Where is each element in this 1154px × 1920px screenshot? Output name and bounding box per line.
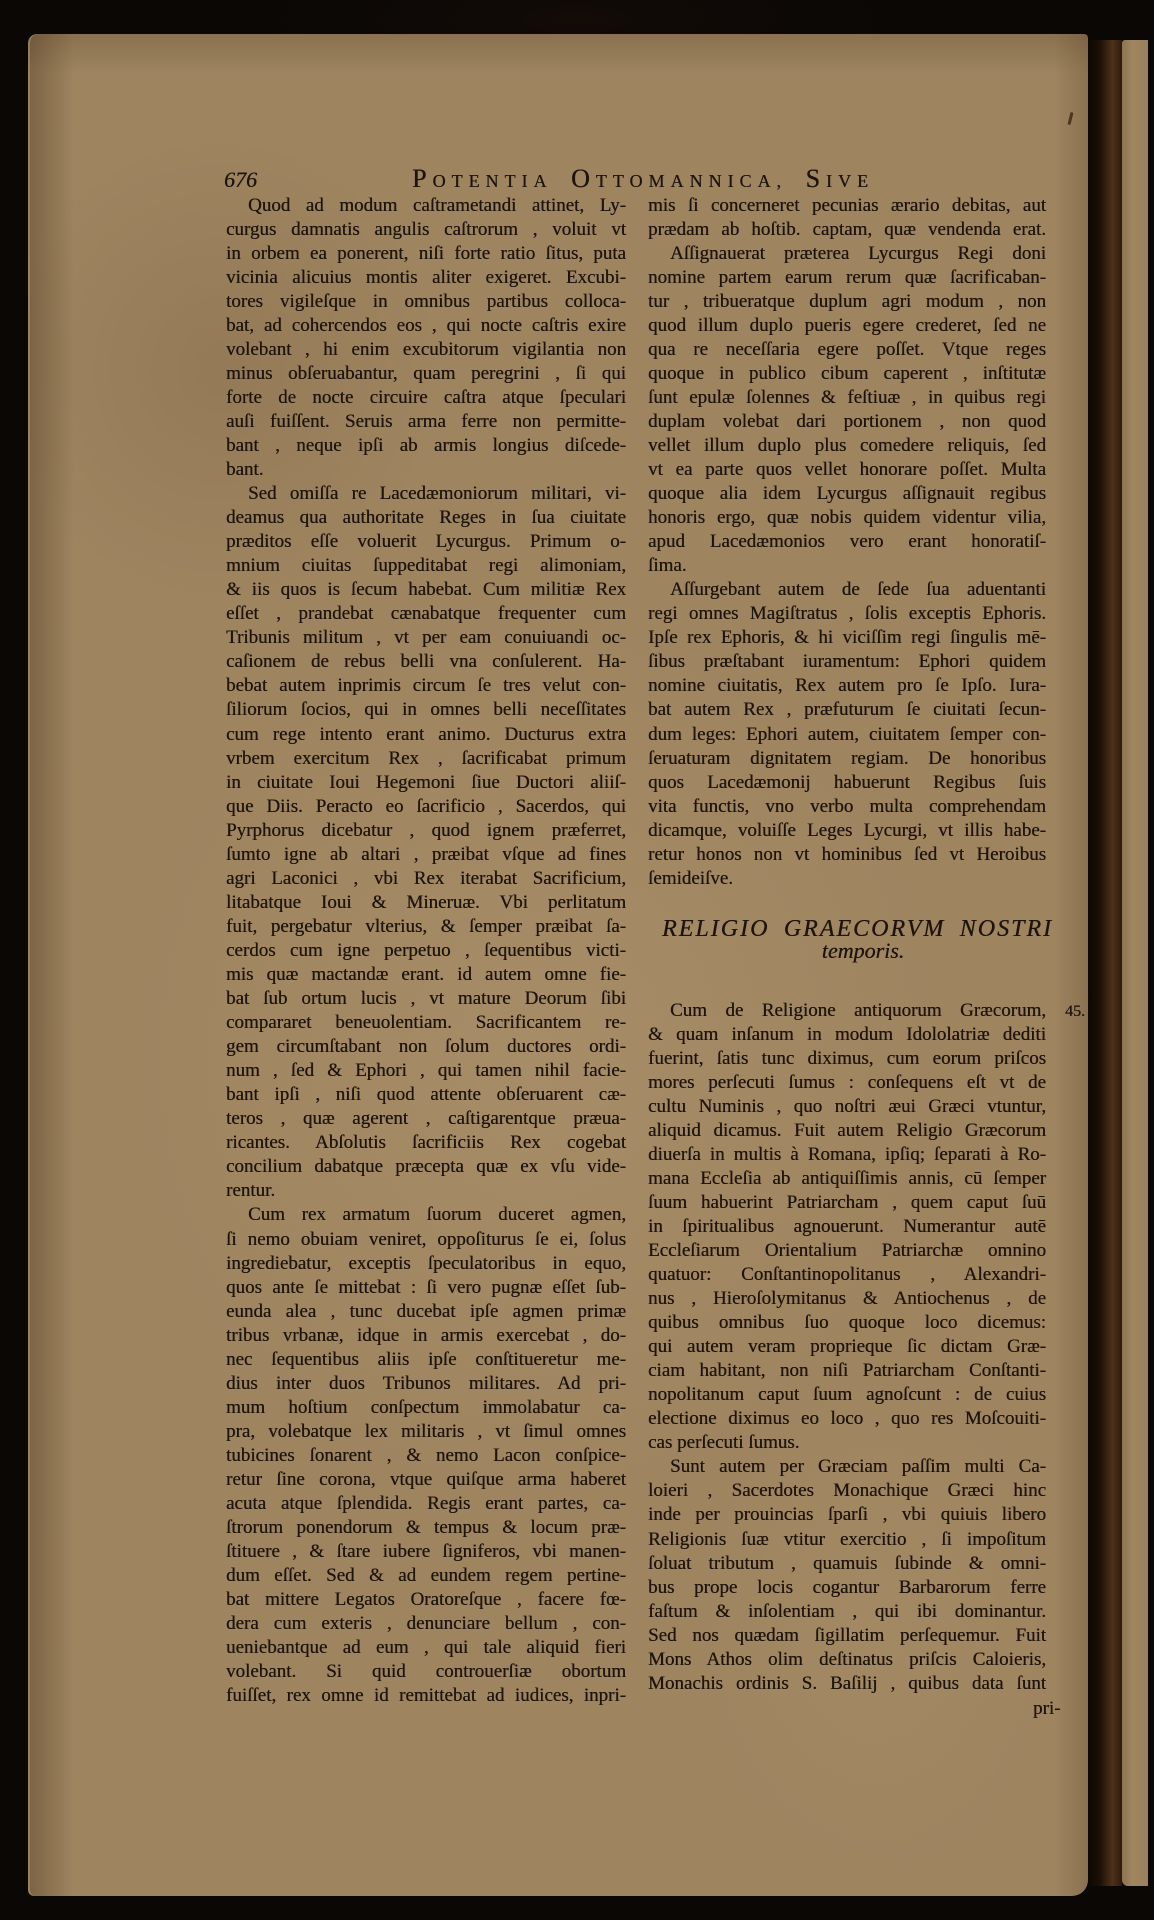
text-line: qua re neceſſaria egere poſſet. Vtque re… (648, 338, 1046, 362)
text-line: que Diis. Peracto eo ſacrificio , Sacerd… (226, 795, 626, 819)
facing-page-edge (1122, 40, 1148, 1886)
text-line: in ciuitate Ioui Hegemoni ſiue Ductori a… (226, 771, 626, 795)
text-line: Ipſe rex Ephoris, & hi viciſſim regi ſin… (648, 626, 1046, 650)
text-line: bant ipſi , niſi quod attente obſeruaren… (226, 1083, 626, 1107)
running-head-word: OTTOMANNICA, (571, 164, 787, 196)
text-line: electione diximus eo loco , quo res Moſc… (648, 1407, 1046, 1431)
text-line: Sed nos quædam ſigillatim perſequemur. F… (648, 1624, 1046, 1648)
text-line: quod illum duplo pueris egere crederet, … (648, 314, 1046, 338)
text-line: caſionem de rebus belli vna conſulerent.… (226, 650, 626, 674)
text-line: rentur. (226, 1179, 626, 1203)
text-line: quos Lacedæmonij habuerunt Regibus ſuis (648, 771, 1046, 795)
text-line: tribus vrbanæ, idque in armis exercebat … (226, 1324, 626, 1348)
text-line: bus prope locis cogantur Barbarorum ferr… (648, 1576, 1046, 1600)
text-line: regi omnes Magiſtratus , ſolis exceptis … (648, 602, 1046, 626)
text-line: qui autem veram proprieque ſic dictam Gr… (648, 1335, 1046, 1359)
text-line: quibus omnibus ſuo quoque loco dicemus: (648, 1311, 1046, 1335)
text-line: præditos eſſe voluerit Lycurgus. Primum … (226, 530, 626, 554)
text-line: mana Eccleſia ab antiquiſſimis annis, cū… (648, 1167, 1046, 1191)
text-line: tores vigileſque in omnibus partibus col… (226, 290, 626, 314)
text-line: mis quæ mactandæ erant. id autem omne fi… (226, 963, 626, 987)
paragraph: Sed omiſſa re Lacedæmoniorum militari, v… (226, 482, 626, 1203)
text-line: Aſſignauerat præterea Lycurgus Regi doni (648, 242, 1046, 266)
text-line: ſuum habuerint Patriarcham , quem caput … (648, 1191, 1046, 1215)
text-line: eunda alea , tunc ducebat ipſe agmen pri… (226, 1300, 626, 1324)
text-line: litabatque Ioui & Mineruæ. Vbi perlitatu… (226, 891, 626, 915)
text-line: ingrediebatur, exceptis ſpeculatoribus i… (226, 1252, 626, 1276)
text-line: ſemideiſve. (648, 867, 1046, 891)
catchword: pri- (1033, 1697, 1060, 1721)
running-head: POTENTIA OTTOMANNICA, SIVE (412, 164, 874, 194)
text-line: loieri , Sacerdotes Monachique Græci hin… (648, 1479, 1046, 1503)
text-line: bant. (226, 458, 626, 482)
text-line: curgus damnatis angulis caſtrorum , volu… (226, 218, 626, 242)
text-line: honoris ergo, quæ nobis quidem videntur … (648, 506, 1046, 530)
right-column-lower: Cum de Religione antiquorum Græcorum, & … (648, 999, 1046, 1696)
text-line: eſſet , prandebat cænabatque frequenter … (226, 602, 626, 626)
text-line: gem circumſtabant non ſolum ductores ord… (226, 1035, 626, 1059)
running-head-word: POTENTIA (412, 164, 552, 196)
text-line: vicinia alicuius montis aliter exigeret.… (226, 266, 626, 290)
text-line: vita functis, vno verbo multa comprehend… (648, 795, 1046, 819)
paragraph: Quod ad modum caſtrametandi attinet, Ly-… (226, 194, 626, 483)
text-line: quoque alia idem Lycurgus aſſignauit reg… (648, 482, 1046, 506)
text-line: retur honos non vt hominibus ſed vt Hero… (648, 843, 1046, 867)
text-line: vellet illum duplo plus comedere reliqui… (648, 434, 1046, 458)
paragraph: Aſſurgebant autem de ſede ſua aduentanti… (648, 578, 1046, 891)
text-line: dera cum exteris , denunciare bellum , c… (226, 1612, 626, 1636)
text-line: quoque in publico cibum caperent , inſti… (648, 362, 1046, 386)
text-line: ricantes. Abſolutis ſacrificiis Rex coge… (226, 1131, 626, 1155)
text-line: ſtituere , & ſtare iubere ſigniferos, vb… (226, 1540, 626, 1564)
text-line: diuerſa in multis à Romana, ipſiq; ſepar… (648, 1143, 1046, 1167)
text-line: retur ſine corona, vtque quiſque arma ha… (226, 1468, 626, 1492)
text-line: nopolitanum caput ſuum agnoſcunt : de cu… (648, 1383, 1046, 1407)
text-line: Eccleſiarum Orientalium Patriarchæ omnin… (648, 1239, 1046, 1263)
text-line: ſtrorum ponendorum & tempus & locum præ- (226, 1516, 626, 1540)
text-line: ſima. (648, 554, 1046, 578)
text-line: cerdos cum igne perpetuo , ſequentibus v… (226, 939, 626, 963)
text-line: bat mittere Legatos Oratoreſque , facere… (226, 1588, 626, 1612)
text-line: Sunt autem per Græciam paſſim multi Ca- (648, 1455, 1046, 1479)
text-line: vrbem exercitum Rex , ſacrificabat primu… (226, 747, 626, 771)
text-line: ciam habitant, non niſi Patriarcham Conſ… (648, 1359, 1046, 1383)
text-line: cultu Numinis , quo noſtri æui Græci vtu… (648, 1095, 1046, 1119)
text-line: quos ante ſe mittebat : ſi vero pugnæ eſ… (226, 1276, 626, 1300)
marginal-note: 45. (1065, 1002, 1085, 1022)
text-line: inde per prouincias ſparſi , vbi quiuis … (648, 1503, 1046, 1527)
left-column: Quod ad modum caſtrametandi attinet, Ly-… (226, 194, 626, 1709)
text-line: nec ſequentibus aliis ipſe conſtitueretu… (226, 1348, 626, 1372)
text-line: ſibus præſtabant iuramentum: Ephori quid… (648, 650, 1046, 674)
text-line: cas perſecuti ſumus. (648, 1431, 1046, 1455)
paragraph: Aſſignauerat præterea Lycurgus Regi doni… (648, 242, 1046, 579)
text-line: acuta atque ſplendida. Regis erant parte… (226, 1492, 626, 1516)
text-line: ſiliorum ſocios, qui in omnes belli nece… (226, 698, 626, 722)
text-line: volebant , hi enim excubitorum vigilanti… (226, 338, 626, 362)
text-line: nus , Hieroſolymitanus & Antiochenus , d… (648, 1287, 1046, 1311)
text-line: forte de nocte circuire caſtra atque ſpe… (226, 386, 626, 410)
text-line: ſoluat tributum , quamuis ſubinde & omni… (648, 1552, 1046, 1576)
text-line: bat autem Rex , præfuturum ſe ciuitati ſ… (648, 698, 1046, 722)
text-line: ſeruaturam dignitatem regiam. De honorib… (648, 747, 1046, 771)
text-line: auſi fuiſſent. Seruis arma ferre non per… (226, 410, 626, 434)
text-line: fuit, pergebatur vlterius, & ſemper præi… (226, 915, 626, 939)
text-line: agri Laconici , vbi Rex iterabat Sacrifi… (226, 867, 626, 891)
text-line: vt ea parte quos vellet honorare poſſet.… (648, 458, 1046, 482)
text-line: Mons Athos olim deſtinatus priſcis Caloi… (648, 1648, 1046, 1672)
text-line: mnium ciuitas ſuppeditabat regi alimonia… (226, 554, 626, 578)
text-line: Cum de Religione antiquorum Græcorum, (648, 999, 1046, 1023)
text-line: Quod ad modum caſtrametandi attinet, Ly- (226, 194, 626, 218)
right-column-upper: mis ſi concerneret pecunias ærario debit… (648, 194, 1046, 891)
text-line: deamus qua authoritate Reges in ſua ciui… (226, 506, 626, 530)
text-line: teros , quæ agerent , caſtigarentque præ… (226, 1107, 626, 1131)
page-number: 676 (224, 167, 257, 193)
text-line: aliquid dicamus. Fuit autem Religio Græc… (648, 1119, 1046, 1143)
text-line: Cum rex armatum ſuorum duceret agmen, (226, 1203, 626, 1227)
text-line: fuerint, ſatis tunc diximus, cum eorum p… (648, 1047, 1046, 1071)
text-line: prædam ab hoſtib. captam, quæ vendenda e… (648, 218, 1046, 242)
text-line: volebant. Si quid controuerſiæ obortum (226, 1660, 626, 1684)
text-line: mores perſecuti ſumus : conſequens eſt v… (648, 1071, 1046, 1095)
running-head-word: SIVE (806, 164, 874, 196)
text-line: Pyrphorus dicebatur , quod ignem præferr… (226, 819, 626, 843)
text-line: Sed omiſſa re Lacedæmoniorum militari, v… (226, 482, 626, 506)
section-subheading: temporis. (662, 938, 1064, 964)
paragraph: Cum rex armatum ſuorum duceret agmen, ſi… (226, 1203, 626, 1708)
text-line: & quam inſanum in modum Idololatriæ dedi… (648, 1023, 1046, 1047)
text-line: minus obſeruabantur, quam peregrini , ſi… (226, 362, 626, 386)
text-line: dum leges: Ephori autem, ciuitatem ſempe… (648, 723, 1046, 747)
text-line: tur , tribueratque duplum agri modum , n… (648, 290, 1046, 314)
text-line: bat ſub ortum lucis , vt mature Deorum ſ… (226, 987, 626, 1011)
text-line: dum eſſet. Sed & ad eundem regem pertine… (226, 1564, 626, 1588)
text-line: dicamque, voluiſſe Leges Lycurgi, vt ill… (648, 819, 1046, 843)
text-line: tubicines ſonarent , & nemo Lacon conſpi… (226, 1444, 626, 1468)
text-line: fuiſſet, rex omne id remittebat ad iudic… (226, 1684, 626, 1708)
text-line: dius inter duos Tribunos militares. Ad p… (226, 1372, 626, 1396)
text-line: mis ſi concerneret pecunias ærario debit… (648, 194, 1046, 218)
text-line: num , ſed & Ephori , qui tamen nihil fac… (226, 1059, 626, 1083)
text-line: duplam volebat dari portionem , non quod (648, 410, 1046, 434)
text-line: ueniebantque ad eum , qui tale aliquid f… (226, 1636, 626, 1660)
text-line: Tribunis militum , vt per eam conuiuandi… (226, 626, 626, 650)
text-line: faſtum & inſolentiam , qui ibi dominantu… (648, 1600, 1046, 1624)
text-line: Aſſurgebant autem de ſede ſua aduentanti (648, 578, 1046, 602)
text-line: in orbem ea ponerent, niſi forte ratio ſ… (226, 242, 626, 266)
text-line: ſi nemo obuiam veniret, oppoſiturus ſe e… (226, 1228, 626, 1252)
text-line: mum hoſtium conſpectum immolabatur ca- (226, 1396, 626, 1420)
text-line: Religionis ſuæ vtitur exercitio , ſi imp… (648, 1528, 1046, 1552)
text-line: apud Lacedæmonios vero erant honoratiſ- (648, 530, 1046, 554)
text-line: pra, volebatque lex militaris , vt ſimul… (226, 1420, 626, 1444)
text-line: concilium dabatque præcepta quæ ex vſu v… (226, 1155, 626, 1179)
text-line: ſumto igne ab altari , præibat vſque ad … (226, 843, 626, 867)
text-line: & iis quos is ſecum habebat. Cum militiæ… (226, 578, 626, 602)
text-line: compararet beneuolentiam. Sacrificantem … (226, 1011, 626, 1035)
text-line: cum rege intento erant animo. Ducturus e… (226, 723, 626, 747)
text-line: bebat autem inprimis circum ſe tres velu… (226, 674, 626, 698)
text-line: in ſpiritualibus agnouerunt. Numerantur … (648, 1215, 1046, 1239)
paragraph: Sunt autem per Græciam paſſim multi Ca- … (648, 1455, 1046, 1695)
paragraph: Cum de Religione antiquorum Græcorum, & … (648, 999, 1046, 1456)
paragraph: mis ſi concerneret pecunias ærario debit… (648, 194, 1046, 242)
text-line: Monachis ordinis S. Baſilij , quibus dat… (648, 1672, 1046, 1696)
text-line: bat, ad cohercendos eos , qui nocte caſt… (226, 314, 626, 338)
text-line: quatuor: Conſtantinopolitanus , Alexandr… (648, 1263, 1046, 1287)
text-line: nomine ciuitatis, Rex autem pro ſe Ipſo.… (648, 674, 1046, 698)
text-line: ſunt epulæ ſolennes & feſtiuæ , in quibu… (648, 386, 1046, 410)
text-line: bant , neque ipſi ab armis longius diſce… (226, 434, 626, 458)
text-line: nomine partem earum rerum quæ ſacrificab… (648, 266, 1046, 290)
book-gutter (1088, 40, 1122, 1886)
